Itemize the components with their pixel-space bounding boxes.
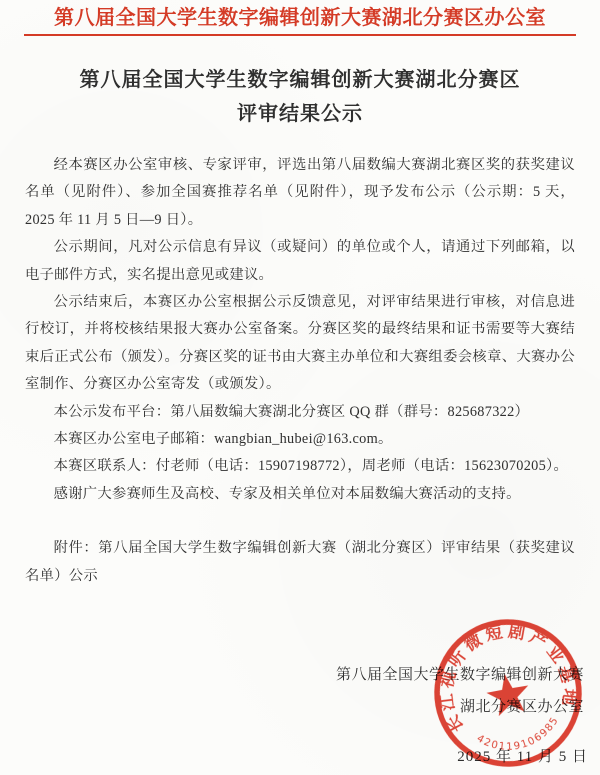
body-paragraph-platform: 本公示发布平台：第八届数编大赛湖北分赛区 QQ 群（群号：825687322）: [25, 399, 575, 426]
doc-title: 第八届全国大学生数字编辑创新大赛湖北分赛区 评审结果公示: [0, 63, 600, 131]
letterhead: 第八届全国大学生数字编辑创新大赛湖北分赛区办公室: [0, 0, 600, 36]
signature-block: 第八届全国大学生数字编辑创新大赛 湖北分赛区办公室: [336, 663, 584, 716]
body-paragraph-email: 本赛区办公室电子邮箱：wangbian_hubei@163.com。: [25, 426, 575, 453]
signature-org-line-2: 湖北分赛区办公室: [336, 695, 584, 716]
letterhead-divider: [24, 34, 576, 36]
body-paragraph-announcement: 经本赛区办公室审核、专家评审，评选出第八届数编大赛湖北赛区奖的获奖建议名单（见附…: [25, 152, 575, 234]
signature-org-line-1: 第八届全国大学生数字编辑创新大赛: [336, 663, 584, 684]
doc-title-line-2: 评审结果公示: [0, 97, 600, 131]
body-paragraph-review-process: 公示结束后，本赛区办公室根据公示反馈意见，对评审结果进行审核，对信息进行校订，并…: [25, 289, 575, 399]
body-paragraph-thanks: 感谢广大参赛师生及高校、专家及相关单位对本届数编大赛活动的支持。: [25, 481, 575, 508]
doc-title-line-1: 第八届全国大学生数字编辑创新大赛湖北分赛区: [0, 63, 600, 97]
body-paragraph-objection: 公示期间，凡对公示信息有异议（或疑问）的单位或个人，请通过下列邮箱，以电子邮件方…: [25, 234, 575, 289]
attachment-note: 附件：第八届全国大学生数字编辑创新大赛（湖北分赛区）评审结果（获奖建议名单）公示: [25, 535, 575, 590]
letterhead-org-title: 第八届全国大学生数字编辑创新大赛湖北分赛区办公室: [0, 0, 600, 31]
signature-date: 2025 年 11 月 5 日: [457, 745, 588, 766]
doc-body: 经本赛区办公室审核、专家评审，评选出第八届数编大赛湖北赛区奖的获奖建议名单（见附…: [25, 152, 575, 590]
document-page: 第八届全国大学生数字编辑创新大赛湖北分赛区办公室 第八届全国大学生数字编辑创新大…: [0, 0, 600, 775]
body-paragraph-contacts: 本赛区联系人：付老师（电话：15907198772），周老师（电话：156230…: [25, 453, 575, 480]
